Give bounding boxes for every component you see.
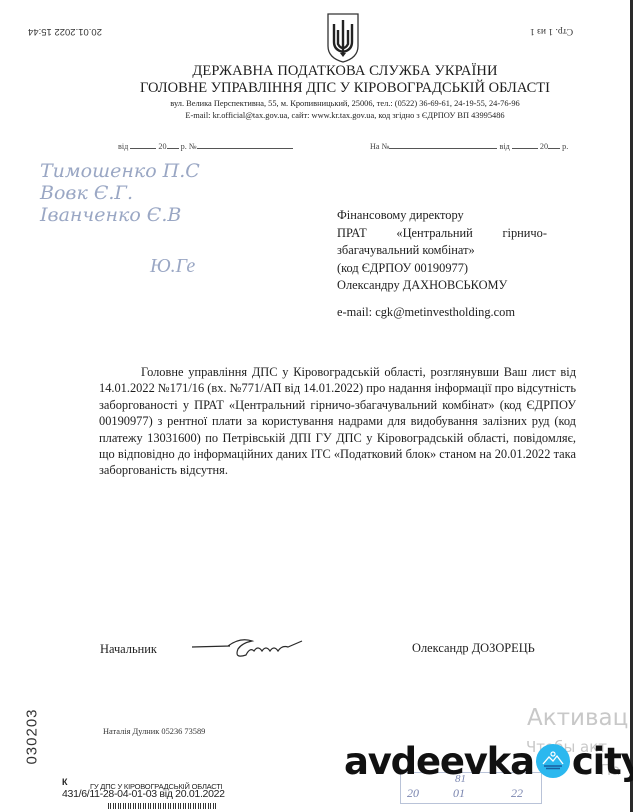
windows-activation-title: Активац	[527, 705, 628, 731]
org-contacts: E-mail: kr.official@tax.gov.ua, сайт: ww…	[0, 111, 633, 120]
org-name-line1: ДЕРЖАВНА ПОДАТКОВА СЛУЖБА УКРАЇНИ	[0, 63, 633, 80]
print-page-label: Стр. 1 из 1	[530, 26, 573, 36]
incoming-year: 22	[511, 786, 523, 801]
ukraine-trident-icon	[326, 12, 360, 64]
recipient-company-line: ПРАТ «Центральний гірничо-	[337, 225, 547, 243]
handwritten-line: Іванченко Є.В	[40, 204, 200, 226]
stamp-letter: К	[62, 777, 68, 787]
print-timestamp: 20.01.2022 15:44	[28, 26, 102, 37]
org-address: вул. Велика Перспективна, 55, м. Кропивн…	[0, 99, 633, 108]
company-type: ПРАТ	[337, 225, 367, 243]
stamp-number: 431/6/11-28-04-01-03 від 20.01.2022	[62, 788, 225, 800]
recipient-position: Фінансовому директору	[337, 207, 547, 225]
handwritten-line: Вовк Є.Г.	[40, 182, 200, 204]
handwritten-initials: Ю.Ге	[150, 255, 195, 278]
incoming-day: 20	[407, 786, 419, 801]
incoming-month: 01	[453, 786, 465, 801]
company-name-part: гірничо-	[502, 225, 547, 243]
vertical-document-code: 030203	[30, 700, 50, 770]
recipient-company-line2: збагачувальний комбінат»	[337, 242, 547, 260]
company-name-part: «Центральний	[396, 225, 472, 243]
body-paragraph: Головне управління ДПС у Кіровоградській…	[99, 364, 576, 479]
mountain-icon	[536, 744, 570, 778]
scanned-letter-page: 20.01.2022 15:44 Стр. 1 из 1 ДЕРЖАВНА ПО…	[0, 0, 633, 812]
handwritten-resolution: Тимошенко П.С Вовк Є.Г. Іванченко Є.В	[40, 160, 200, 226]
executor-contact: Наталія Дулник 05236 73589	[103, 727, 205, 736]
incoming-reference-field: На № від 20 р.	[370, 140, 568, 151]
handwritten-signature	[190, 633, 310, 663]
logo-text-left: avdeevka	[344, 740, 534, 783]
org-name-line2: ГОЛОВНЕ УПРАВЛІННЯ ДПС У КІРОВОГРАДСЬКІЙ…	[0, 80, 633, 97]
outgoing-registration-field: від 20 р. №	[118, 140, 293, 151]
recipient-email: e-mail: cgk@metinvestholding.com	[337, 305, 515, 320]
handwritten-line: Тимошенко П.С	[40, 160, 200, 182]
recipient-block: Фінансовому директору ПРАТ «Центральний …	[337, 207, 547, 295]
letter-body: Головне управління ДПС у Кіровоградській…	[99, 364, 576, 479]
signatory-name: Олександр ДОЗОРЕЦЬ	[412, 641, 535, 656]
recipient-name: Олександру ДАХНОВСЬКОМУ	[337, 277, 547, 295]
barcode	[108, 803, 218, 809]
logo-text-right: city	[572, 740, 633, 783]
site-logo: avdeevka city	[344, 738, 633, 784]
recipient-company-code: (код ЄДРПОУ 00190977)	[337, 260, 547, 278]
signatory-title: Начальник	[100, 642, 157, 657]
